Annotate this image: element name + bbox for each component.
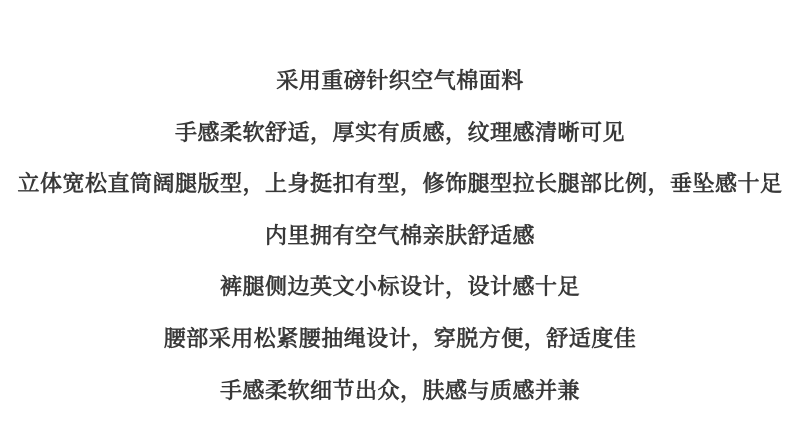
description-line-waist: 腰部采用松紧腰抽绳设计，穿脱方便，舒适度佳	[0, 313, 800, 365]
description-line-texture: 手感柔软舒适，厚实有质感，纹理感清晰可见	[0, 107, 800, 159]
description-line-lining: 内里拥有空气棉亲肤舒适感	[0, 210, 800, 262]
description-line-fabric: 采用重磅针织空气棉面料	[0, 55, 800, 107]
description-line-fit: 立体宽松直筒阔腿版型，上身挺扣有型，修饰腿型拉长腿部比例，垂坠感十足	[0, 158, 800, 210]
description-line-side-label: 裤腿侧边英文小标设计，设计感十足	[0, 261, 800, 313]
product-description-panel: 采用重磅针织空气棉面料 手感柔软舒适，厚实有质感，纹理感清晰可见 立体宽松直筒阔…	[0, 0, 800, 442]
description-line-feel: 手感柔软细节出众，肤感与质感并兼	[0, 365, 800, 417]
